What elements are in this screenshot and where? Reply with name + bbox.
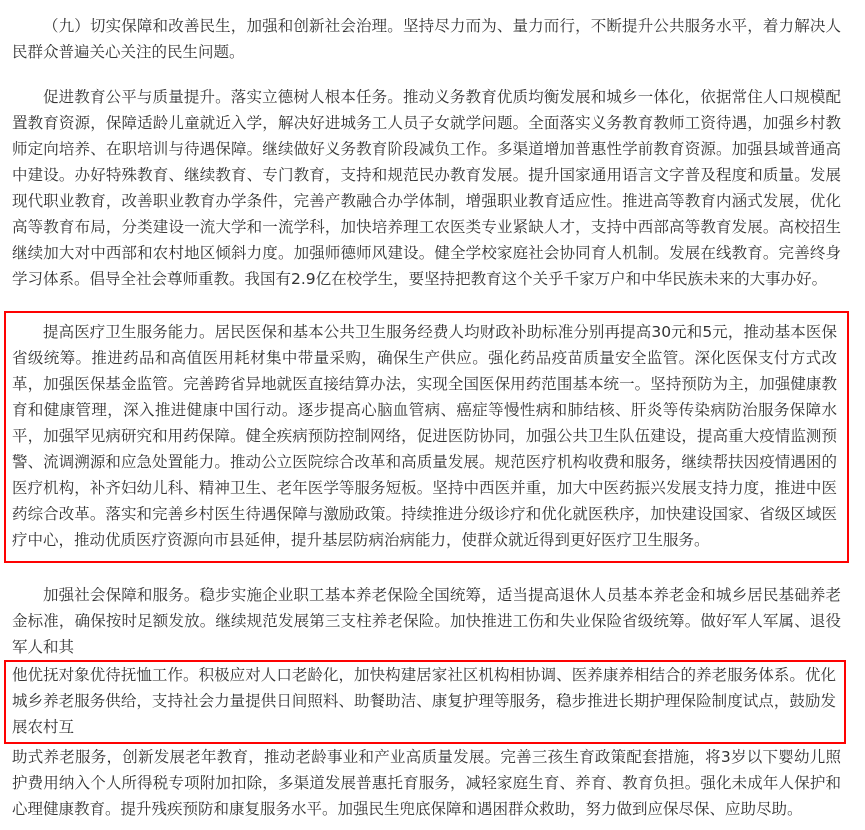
highlight-box-medical: 提高医疗卫生服务能力。居民医保和基本公共卫生服务经费人均财政补助标准分别再提高3… <box>4 311 849 563</box>
highlight-box-eldercare: 他优抚对象优待抚恤工作。积极应对人口老龄化，加快构建居家社区机构相协调、医养康养… <box>4 660 846 744</box>
social-security-text-highlighted: 他优抚对象优待抚恤工作。积极应对人口老龄化，加快构建居家社区机构相协调、医养康养… <box>12 662 836 740</box>
document-body: （九）切实保障和改善民生，加强和创新社会治理。坚持尽力而为、量力而行，不断提升公… <box>0 0 865 830</box>
social-security-text-before-highlight: 加强社会保障和服务。稳步实施企业职工基本养老保险全国统筹，适当提高退休人员基本养… <box>12 582 841 660</box>
paragraph-social-security: 加强社会保障和服务。稳步实施企业职工基本养老保险全国统筹，适当提高退休人员基本养… <box>12 582 841 822</box>
social-security-text-after-highlight: 助式养老服务，创新发展老年教育，推动老龄事业和产业高质量发展。完善三孩生育政策配… <box>12 744 841 822</box>
paragraph-medical: 提高医疗卫生服务能力。居民医保和基本公共卫生服务经费人均财政补助标准分别再提高3… <box>12 319 837 553</box>
paragraph-education: 促进教育公平与质量提升。落实立德树人根本任务。推动义务教育优质均衡发展和城乡一体… <box>12 84 841 292</box>
paragraph-minsheng-intro: （九）切实保障和改善民生，加强和创新社会治理。坚持尽力而为、量力而行，不断提升公… <box>12 13 841 65</box>
